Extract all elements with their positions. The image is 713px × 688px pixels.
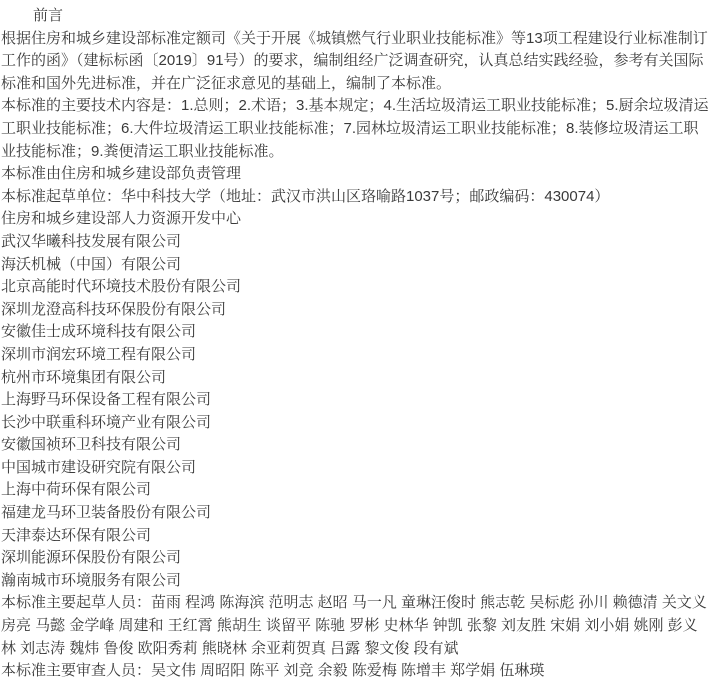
paragraph-management: 本标准由住房和城乡建设部负责管理	[1, 163, 711, 186]
drafting-unit: 杭州市环境集团有限公司	[1, 367, 711, 390]
drafting-unit: 上海中荷环保有限公司	[1, 479, 711, 502]
paragraph-reviewers: 本标准主要审查人员：吴文伟 周昭阳 陈平 刘竞 余毅 陈爱梅 陈增丰 郑学娟 伍…	[1, 660, 711, 683]
page-title: 前言	[1, 5, 711, 28]
drafting-unit: 福建龙马环卫装备股份有限公司	[1, 502, 711, 525]
paragraph-scope-basis: 根据住房和城乡建设部标准定额司《关于开展《城镇燃气行业职业技能标准》等13项工程…	[1, 28, 711, 96]
drafting-unit: 北京高能时代环境技术股份有限公司	[1, 276, 711, 299]
drafting-unit: 武汉华曦科技发展有限公司	[1, 231, 711, 254]
paragraph-chief-drafting-unit: 本标准起草单位：华中科技大学（地址：武汉市洪山区珞喻路1037号；邮政编码：43…	[1, 186, 711, 209]
document-page: 前言 根据住房和城乡建设部标准定额司《关于开展《城镇燃气行业职业技能标准》等13…	[0, 0, 713, 688]
drafting-unit: 安徽国祯环卫科技有限公司	[1, 434, 711, 457]
drafting-unit: 深圳市润宏环境工程有限公司	[1, 344, 711, 367]
drafting-unit: 长沙中联重科环境产业有限公司	[1, 412, 711, 435]
paragraph-technical-contents: 本标准的主要技术内容是：1.总则；2.术语；3.基本规定；4.生活垃圾清运工职业…	[1, 95, 711, 163]
drafting-unit: 上海野马环保设备工程有限公司	[1, 389, 711, 412]
drafting-unit: 中国城市建设研究院有限公司	[1, 457, 711, 480]
drafting-unit: 深圳能源环保股份有限公司	[1, 547, 711, 570]
drafting-unit: 瀚南城市环境服务有限公司	[1, 570, 711, 593]
drafting-unit: 天津泰达环保有限公司	[1, 525, 711, 548]
drafting-unit: 安徽佳士成环境科技有限公司	[1, 321, 711, 344]
drafting-unit: 深圳龙澄高科技环保股份有限公司	[1, 299, 711, 322]
paragraph-drafters: 本标准主要起草人员：苗雨 程鸿 陈海滨 范明志 赵昭 马一凡 童琳汪俊时 熊志乾…	[1, 592, 711, 660]
drafting-unit: 住房和城乡建设部人力资源开发中心	[1, 208, 711, 231]
drafting-unit: 海沃机械（中国）有限公司	[1, 254, 711, 277]
